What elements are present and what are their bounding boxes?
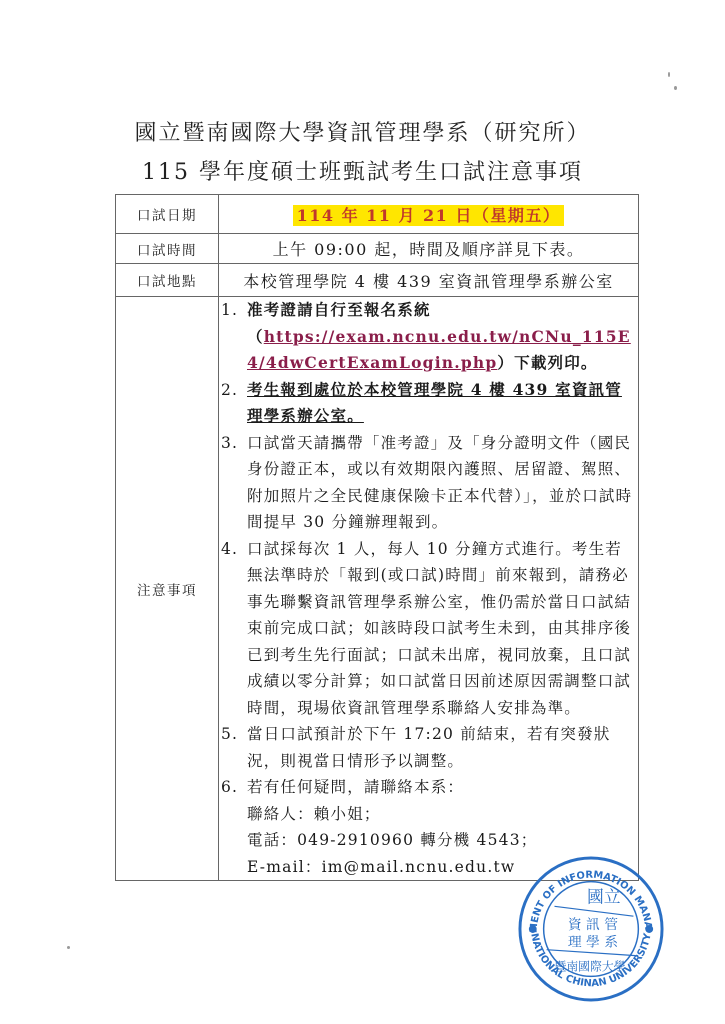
- scan-speck: [668, 72, 670, 77]
- interview-procedure-note: 口試採每次 1 人，每人 10 分鐘方式進行。考生若無法準時於「報到(或口試)時…: [247, 540, 631, 717]
- table-row-date: 口試日期 114 年 11 月 21 日（星期五）: [116, 195, 639, 234]
- interview-date: 114 年 11 月 21 日（星期五）: [293, 205, 565, 226]
- contact-intro: 若有任何疑問，請聯絡本系：: [247, 778, 464, 796]
- table-row-location: 口試地點 本校管理學院 4 樓 439 室資訊管理學系辦公室: [116, 264, 639, 297]
- list-item: 2. 考生報到處位於本校管理學院 4 樓 439 室資訊管理學系辦公室。: [219, 377, 638, 430]
- list-item: 4. 口試採每次 1 人，每人 10 分鐘方式進行。考生若無法準時於「報到(或口…: [219, 536, 638, 722]
- notes-label: 注意事項: [116, 297, 219, 881]
- notes-list: 1. 准考證請自行至報名系統 （https://exam.ncnu.edu.tw…: [219, 297, 638, 880]
- list-item: 5. 當日口試預計於下午 17:20 前結束，若有突發狀況，則視當日情形予以調整…: [219, 721, 638, 774]
- contact-phone: 電話：049-2910960 轉分機 4543；: [247, 827, 638, 854]
- end-time-note: 當日口試預計於下午 17:20 前結束，若有突發狀況，則視當日情形予以調整。: [247, 725, 611, 770]
- svg-text:理 學 系: 理 學 系: [568, 935, 618, 951]
- admission-ticket-note: 准考證請自行至報名系統: [247, 300, 431, 319]
- time-label: 口試時間: [116, 234, 219, 264]
- interview-location: 本校管理學院 4 樓 439 室資訊管理學系辦公室: [219, 264, 639, 297]
- location-label: 口試地點: [116, 264, 219, 297]
- interview-time: 上午 09:00 起，時間及順序詳見下表。: [219, 234, 639, 264]
- document-subtitle: 115 學年度碩士班甄試考生口試注意事項: [0, 155, 725, 186]
- scan-speck: [674, 86, 677, 90]
- list-item: 1. 准考證請自行至報名系統 （https://exam.ncnu.edu.tw…: [219, 297, 638, 377]
- check-in-location-note: 考生報到處位於本校管理學院 4 樓 439 室資訊管理學系辦公室。: [247, 380, 622, 426]
- department-seal-stamp: DEPARTMENT OF INFORMATION MANAGEMENT NAT…: [517, 855, 665, 1003]
- date-label: 口試日期: [116, 195, 219, 234]
- contact-person: 聯絡人：賴小姐；: [247, 801, 638, 828]
- svg-text:資 訊 管: 資 訊 管: [568, 916, 618, 933]
- interview-info-table: 口試日期 114 年 11 月 21 日（星期五） 口試時間 上午 09:00 …: [115, 194, 639, 881]
- list-item: 3. 口試當天請攜帶「准考證」及「身分證明文件（國民身份證正本，或以有效期限內護…: [219, 430, 638, 536]
- table-row-time: 口試時間 上午 09:00 起，時間及順序詳見下表。: [116, 234, 639, 264]
- required-documents-note: 口試當天請攜帶「准考證」及「身分證明文件（國民身份證正本，或以有效期限內護照、居…: [247, 434, 632, 532]
- scan-speck: [67, 946, 70, 949]
- document-title: 國立暨南國際大學資訊管理學系（研究所）: [0, 116, 725, 147]
- svg-text:暨南國際大學: 暨南國際大學: [555, 959, 626, 973]
- table-row-notes: 注意事項 1. 准考證請自行至報名系統 （https://exam.ncnu.e…: [116, 297, 639, 881]
- svg-text:國立: 國立: [587, 886, 621, 906]
